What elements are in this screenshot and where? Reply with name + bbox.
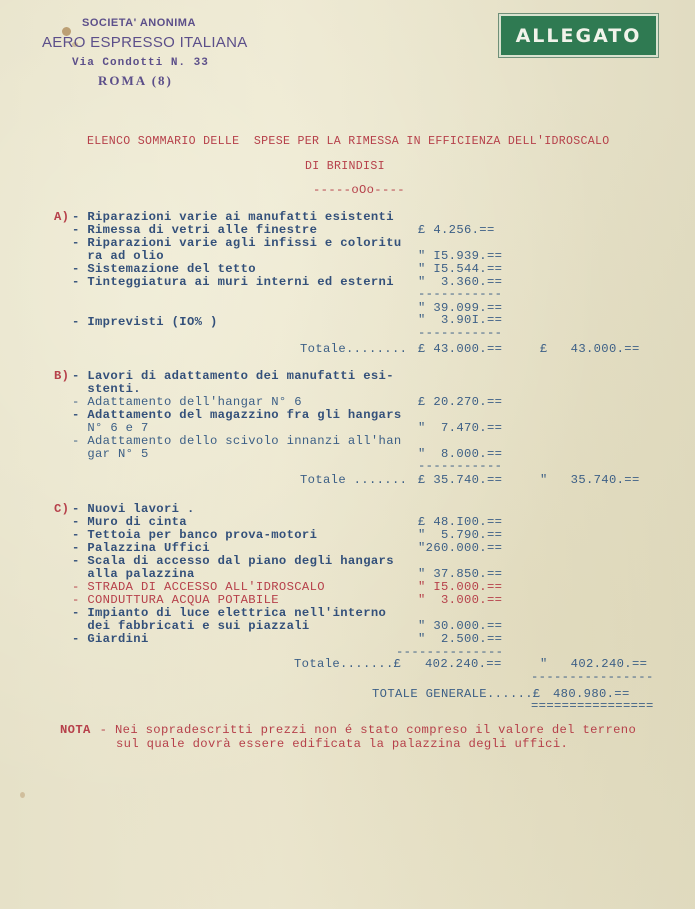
section-total: £ 43.000.==: [418, 343, 502, 356]
grand-total-label: TOTALE GENERALE......£: [372, 688, 541, 701]
line-item-amount: £ 4.256.==: [418, 224, 495, 237]
line-item-amount: "260.000.==: [418, 542, 502, 555]
total-label: Totale........: [300, 343, 407, 356]
note-line1: - Nei sopradescritti prezzi non é stato …: [92, 724, 636, 737]
total-label: Totale .......: [300, 474, 407, 487]
line-item-label: - Tinteggiatura ai muri interni ed ester…: [72, 276, 394, 289]
document-subtitle: DI BRINDISI: [305, 160, 385, 173]
sum-rule: ----------------: [531, 671, 654, 684]
line-item-label: - Imprevisti (IO% ): [72, 316, 218, 329]
carried-total: £ 43.000.==: [540, 343, 640, 356]
sum-rule: -----------: [418, 327, 502, 340]
paper-spot: [20, 792, 25, 798]
double-rule: ================: [531, 700, 654, 713]
allegato-label: ALLEGATO: [499, 14, 658, 57]
section-letter: A): [54, 211, 69, 224]
note-line2: sul quale dovrà essere edificata la pala…: [116, 738, 568, 751]
line-item-label: - Giardini: [72, 633, 149, 646]
section-letter: C): [54, 503, 69, 516]
section-letter: B): [54, 370, 69, 383]
letterhead-line1: SOCIETA' ANONIMA: [82, 17, 196, 29]
note-label: NOTA: [60, 724, 91, 737]
line-item-label-cont: gar N° 5: [72, 448, 149, 461]
title-separator: -----oOo----: [313, 184, 405, 197]
letterhead-city: ROMA (8): [98, 73, 173, 89]
letterhead-company: AERO ESPRESSO ITALIANA: [42, 34, 248, 51]
document-title: ELENCO SOMMARIO DELLE SPESE PER LA RIMES…: [87, 135, 610, 148]
sum-rule: -----------: [418, 288, 502, 301]
line-item-amount: " 7.470.==: [418, 422, 502, 435]
total-label: Totale.......£: [294, 658, 401, 671]
line-item-amount: £ 20.270.==: [418, 396, 502, 409]
carried-total: " 35.740.==: [540, 474, 640, 487]
section-total: £ 35.740.==: [418, 474, 502, 487]
letterhead-address: Via Condotti N. 33: [72, 57, 209, 69]
section-total: 402.240.==: [425, 658, 502, 671]
sum-rule: -----------: [418, 460, 502, 473]
line-item-amount: " 3.000.==: [418, 594, 502, 607]
